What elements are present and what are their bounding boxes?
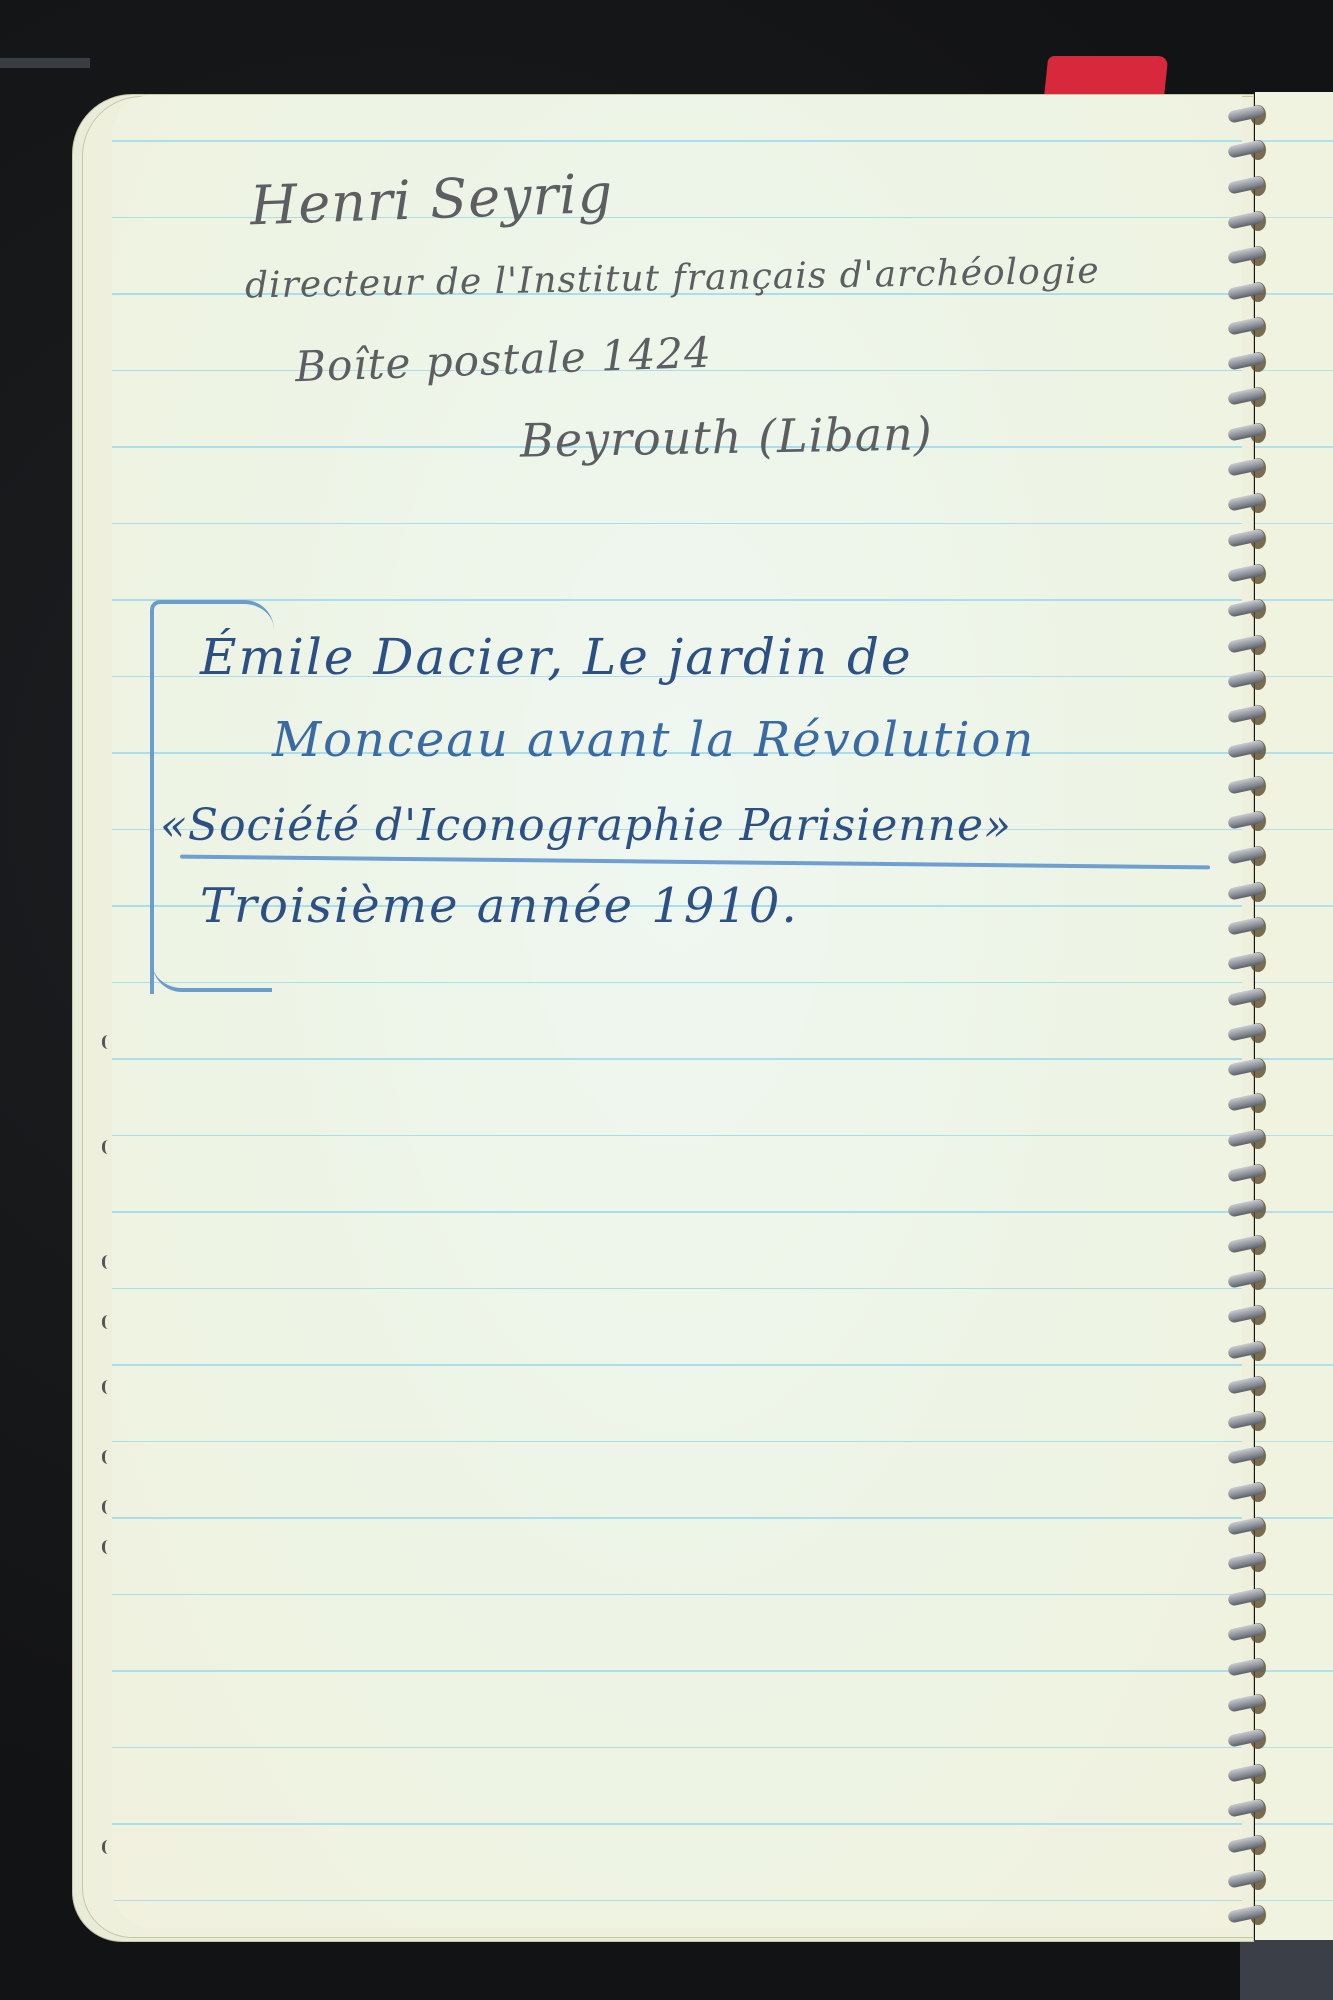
ruled-line (112, 599, 1242, 601)
ruled-line (112, 1517, 1242, 1519)
ruled-line (112, 1058, 1242, 1060)
margin-ink-mark (102, 1035, 113, 1049)
margin-ink-mark (102, 1315, 113, 1329)
ruled-line (112, 1364, 1242, 1366)
ink-bracket-tail (152, 950, 272, 992)
ruled-line (112, 1288, 1242, 1290)
pencil-line-city: Beyrouth (Liban) (520, 406, 934, 467)
ruled-line (112, 982, 1242, 984)
ruled-line (112, 140, 1242, 142)
margin-ink-mark (102, 1500, 113, 1514)
ruled-line (112, 1135, 1242, 1137)
ruled-line (112, 1670, 1242, 1672)
ruled-line (112, 1594, 1242, 1596)
ink-line-title-cont: Monceau avant la Révolution (272, 712, 1035, 768)
ruled-line (112, 1747, 1242, 1749)
spiral-binding (1228, 100, 1268, 1930)
margin-ink-mark (102, 1380, 113, 1394)
ruled-line (112, 1823, 1242, 1825)
margin-ink-mark (102, 1255, 113, 1269)
pencil-line-name: Henri Seyrig (249, 162, 614, 238)
margin-ink-mark (102, 1450, 113, 1464)
background-strip (0, 58, 90, 68)
margin-ink-mark (102, 1140, 113, 1154)
ink-line-year: Troisième année 1910. (200, 878, 799, 934)
ruled-line (112, 523, 1242, 525)
ink-line-society: «Société d'Iconographie Parisienne» (160, 800, 1012, 851)
ruled-line (112, 1900, 1242, 1902)
ruled-line (112, 1211, 1242, 1213)
margin-ink-mark (102, 1840, 113, 1854)
ink-line-author-title: Émile Dacier, Le jardin de (200, 628, 913, 686)
ruled-line (112, 1441, 1242, 1443)
margin-ink-mark (102, 1540, 113, 1554)
background-pad (1240, 1940, 1333, 2000)
